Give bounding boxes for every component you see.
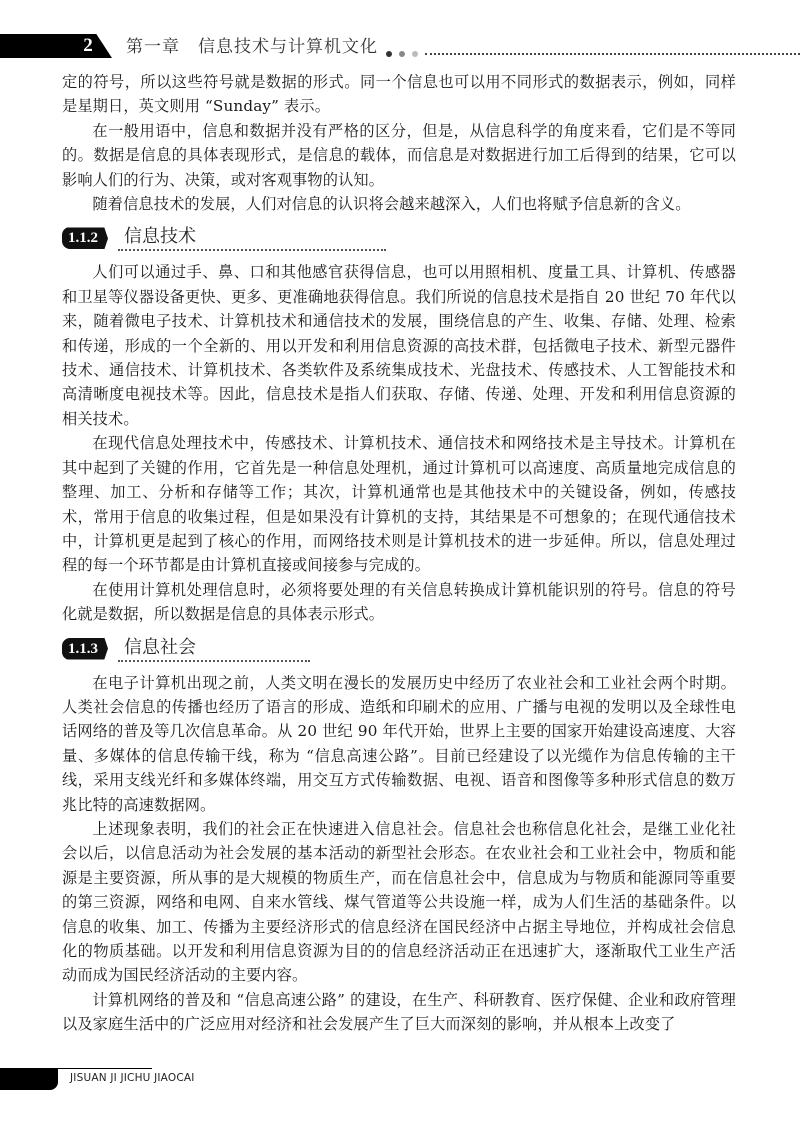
paragraph: 计算机网络的普及和 “信息高速公路” 的建设，在生产、科研教育、医疗保健、企业和…: [62, 988, 736, 1037]
page-header: 2 第一章信息技术与计算机文化: [0, 32, 800, 62]
paragraph: 在一般用语中，信息和数据并没有严格的区分，但是，从信息科学的角度来看，它们是不等…: [62, 119, 736, 192]
section-body-1-1-2: 人们可以通过手、鼻、口和其他感官获得信息，也可以用照相机、度量工具、计算机、传感…: [62, 260, 736, 626]
section-dotted-underline: [118, 660, 310, 662]
chapter-label: 第一章: [126, 37, 180, 57]
section-title: 信息社会: [124, 635, 196, 661]
decorative-dots: [386, 50, 418, 58]
section-dotted-underline: [118, 249, 386, 251]
paragraph: 随着信息技术的发展，人们对信息的认识将会越来越深入，人们也将赋予信息新的含义。: [62, 192, 736, 216]
chapter-title: 信息技术与计算机文化: [198, 37, 378, 57]
section-heading-1-1-2: 1.1.2 信息技术: [62, 222, 736, 254]
paragraph: 定的符号，所以这些符号就是数据的形式。同一个信息也可以用不同形式的数据表示，例如…: [62, 70, 736, 119]
paragraph: 上述现象表明，我们的社会正在快速进入信息社会。信息社会也称信息化社会，是继工业化…: [62, 817, 736, 988]
footer-tab: [0, 1068, 58, 1090]
section-number-badge: 1.1.2: [62, 227, 108, 249]
section-title: 信息技术: [124, 224, 196, 250]
dot-medium-icon: [399, 51, 405, 57]
page-content: 定的符号，所以这些符号就是数据的形式。同一个信息也可以用不同形式的数据表示，例如…: [62, 70, 736, 1037]
section-body-1-1-3: 在电子计算机出现之前，人类文明在漫长的发展历史中经历了农业社会和工业社会两个时期…: [62, 671, 736, 1037]
book-series-code: JISUAN JI JICHU JIAOCAI: [70, 1072, 195, 1084]
page-footer: JISUAN JI JICHU JIAOCAI: [0, 1068, 800, 1092]
page-number: 2: [78, 34, 98, 58]
paragraph: 人们可以通过手、鼻、口和其他感官获得信息，也可以用照相机、度量工具、计算机、传感…: [62, 260, 736, 431]
paragraph: 在电子计算机出现之前，人类文明在漫长的发展历史中经历了农业社会和工业社会两个时期…: [62, 671, 736, 817]
paragraph: 在现代信息处理技术中，传感技术、计算机技术、通信技术和网络技术是主导技术。计算机…: [62, 431, 736, 577]
dot-dark-icon: [386, 51, 392, 57]
section-number-badge: 1.1.3: [62, 638, 108, 660]
dot-light-icon: [412, 51, 418, 57]
section-intro-continuation: 定的符号，所以这些符号就是数据的形式。同一个信息也可以用不同形式的数据表示，例如…: [62, 70, 736, 216]
running-head: 第一章信息技术与计算机文化: [126, 34, 378, 60]
section-heading-1-1-3: 1.1.3 信息社会: [62, 633, 736, 665]
paragraph: 在使用计算机处理信息时，必须将要处理的有关信息转换成计算机能识别的符号。信息的符…: [62, 578, 736, 627]
header-dotted-rule: [425, 53, 800, 55]
